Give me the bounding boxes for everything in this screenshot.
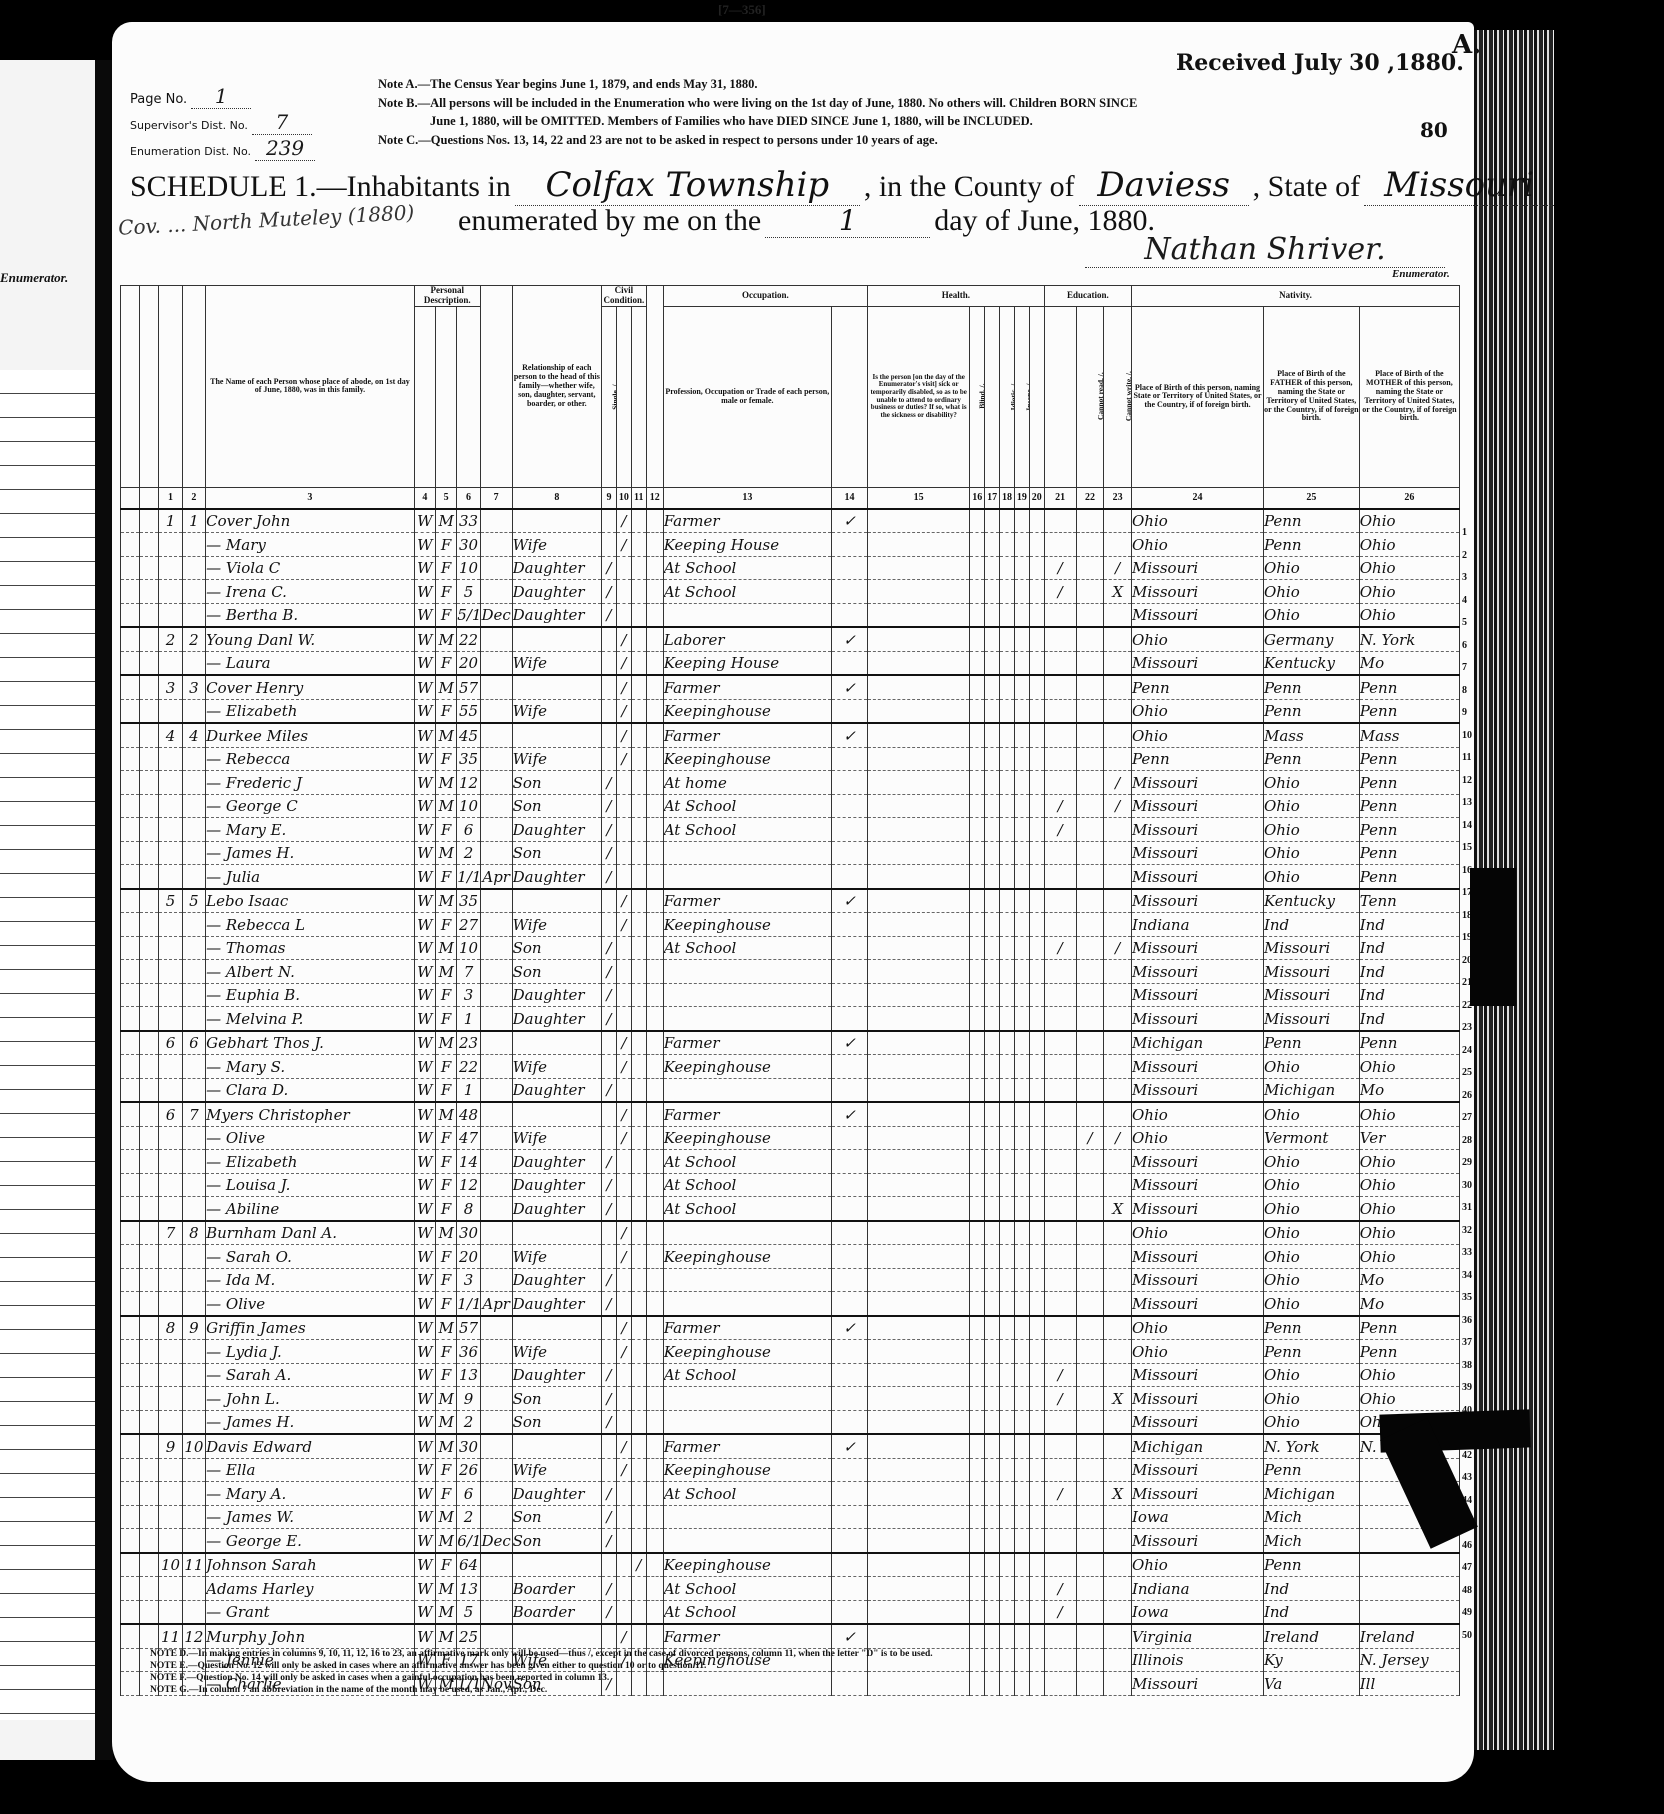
sex-code: M [436, 794, 457, 818]
header-deaf-dumb: Deaf and Dumb, /. [985, 306, 1000, 487]
dwelling-number [159, 1600, 182, 1624]
blind-mark [970, 1126, 985, 1150]
insane-mark [1014, 983, 1029, 1007]
header-birth-month: If born within the Census year, give the… [480, 286, 512, 488]
attended-school-mark: / [1044, 936, 1076, 960]
blind-mark [970, 889, 985, 913]
married-census-year-mark [646, 1529, 663, 1553]
dwelling-number [159, 1292, 182, 1316]
house-cell [140, 747, 159, 771]
deaf-dumb-mark [985, 1505, 1000, 1529]
single-mark [602, 509, 617, 533]
county-value: Daviess [1079, 165, 1249, 206]
relationship: Daughter [512, 1150, 601, 1174]
insane-mark [1014, 1173, 1029, 1197]
widowed-mark [631, 1126, 646, 1150]
deaf-dumb-mark [985, 1007, 1000, 1031]
married-census-year-mark [646, 651, 663, 675]
insane-mark [1014, 1410, 1029, 1434]
married-census-year-mark [646, 1268, 663, 1292]
age-value: 30 [457, 1434, 480, 1458]
family-number [182, 651, 205, 675]
deaf-dumb-mark [985, 1458, 1000, 1482]
age-value: 8 [457, 1197, 480, 1221]
maimed-mark [1029, 1031, 1044, 1055]
occupation: Keepinghouse [663, 1458, 831, 1482]
relationship [512, 1031, 601, 1055]
sex-code: M [436, 1624, 457, 1648]
family-number [182, 1197, 205, 1221]
idiotic-mark [1000, 865, 1015, 889]
attended-school-mark [1044, 1126, 1076, 1150]
person-name: — Clara D. [206, 1078, 415, 1102]
line-number: 12 [1462, 775, 1482, 798]
married-mark: / [616, 699, 631, 723]
cannot-write-mark: / [1104, 556, 1132, 580]
cannot-read-mark [1076, 1648, 1104, 1672]
dwelling-number [159, 983, 182, 1007]
sickness [868, 699, 970, 723]
cannot-read-mark [1076, 1553, 1104, 1577]
married-mark [616, 580, 631, 604]
family-number: 9 [182, 1316, 205, 1340]
house-cell [140, 603, 159, 627]
age-value: 6 [457, 818, 480, 842]
dwelling-number [159, 580, 182, 604]
single-mark [602, 675, 617, 699]
birthplace: Missouri [1132, 1078, 1264, 1102]
dwelling-number [159, 1055, 182, 1079]
insane-mark [1014, 1221, 1029, 1245]
family-number [182, 841, 205, 865]
sickness [868, 627, 970, 651]
line-number: 31 [1462, 1202, 1482, 1225]
married-census-year-mark [646, 723, 663, 747]
married-census-year-mark [646, 1150, 663, 1174]
deaf-dumb-mark [985, 699, 1000, 723]
family-number [182, 1340, 205, 1364]
maimed-mark [1029, 1126, 1044, 1150]
color-code: W [414, 533, 435, 557]
deaf-dumb-mark [985, 1031, 1000, 1055]
color-code: W [414, 1387, 435, 1411]
insane-mark [1014, 1363, 1029, 1387]
color-code: W [414, 1410, 435, 1434]
maimed-mark [1029, 1363, 1044, 1387]
sex-code: F [436, 1363, 457, 1387]
relationship: Wife [512, 1340, 601, 1364]
birth-month [480, 1150, 512, 1174]
months-unemployed [831, 1007, 867, 1031]
occupation [663, 983, 831, 1007]
relationship: Wife [512, 533, 601, 557]
married-census-year-mark [646, 1624, 663, 1648]
family-number [182, 1577, 205, 1601]
blind-mark [970, 1007, 985, 1031]
attended-school-mark [1044, 983, 1076, 1007]
occupation: At School [663, 794, 831, 818]
cannot-write-mark: / [1104, 1126, 1132, 1150]
header-months-unemployed: Number of months this person has been un… [831, 306, 867, 487]
birthplace: Missouri [1132, 556, 1264, 580]
house-cell [140, 1221, 159, 1245]
widowed-mark [631, 1197, 646, 1221]
widowed-mark [631, 865, 646, 889]
cannot-read-mark [1076, 1031, 1104, 1055]
dwelling-number: 6 [159, 1102, 182, 1126]
married-mark [616, 960, 631, 984]
occupation: Keepinghouse [663, 1055, 831, 1079]
person-name: Myers Christopher [206, 1102, 415, 1126]
dwelling-number [159, 1340, 182, 1364]
widowed-mark [631, 1150, 646, 1174]
street-cell [121, 1102, 140, 1126]
mother-birthplace: Ind [1359, 913, 1459, 937]
married-mark [616, 1410, 631, 1434]
cannot-read-mark [1076, 913, 1104, 937]
widowed-mark [631, 1482, 646, 1506]
sex-code: F [436, 865, 457, 889]
house-cell [140, 1600, 159, 1624]
house-cell [140, 1268, 159, 1292]
birthplace: Ohio [1132, 1553, 1264, 1577]
maimed-mark [1029, 771, 1044, 795]
table-row: — ElizabethWF14Daughter/At SchoolMissour… [121, 1150, 1460, 1174]
mother-birthplace: Tenn [1359, 889, 1459, 913]
idiotic-mark [1000, 1221, 1015, 1245]
sickness [868, 1482, 970, 1506]
line-number: 34 [1462, 1270, 1482, 1293]
father-birthplace: Ohio [1263, 1410, 1359, 1434]
person-name: Durkee Miles [206, 723, 415, 747]
table-row: — Sarah O.WF20Wife/KeepinghouseMissouriO… [121, 1245, 1460, 1269]
married-census-year-mark [646, 1055, 663, 1079]
deaf-dumb-mark [985, 794, 1000, 818]
header-birthplace: Place of Birth of this person, naming St… [1132, 306, 1264, 487]
maimed-mark [1029, 1245, 1044, 1269]
insane-mark [1014, 627, 1029, 651]
sex-code: F [436, 983, 457, 1007]
insane-mark [1014, 1245, 1029, 1269]
occupation: At home [663, 771, 831, 795]
cannot-write-mark [1104, 1624, 1132, 1648]
birth-month [480, 533, 512, 557]
sex-code: M [436, 1387, 457, 1411]
sickness [868, 1505, 970, 1529]
single-mark: / [602, 1505, 617, 1529]
father-birthplace: Missouri [1263, 936, 1359, 960]
idiotic-mark [1000, 651, 1015, 675]
birthplace: Missouri [1132, 1529, 1264, 1553]
married-mark: / [616, 889, 631, 913]
line-number: 35 [1462, 1292, 1482, 1315]
street-cell [121, 1197, 140, 1221]
house-cell [140, 936, 159, 960]
table-row: — James H.WM2Son/MissouriOhioOhio [121, 1410, 1460, 1434]
sickness [868, 1363, 970, 1387]
married-census-year-mark [646, 865, 663, 889]
dwelling-number [159, 1007, 182, 1031]
age-value: 6 [457, 1482, 480, 1506]
header-insane: Insane, /. [1014, 306, 1029, 487]
header-health: Health. [868, 286, 1045, 307]
cannot-write-mark [1104, 1150, 1132, 1174]
sickness [868, 1529, 970, 1553]
occupation [663, 865, 831, 889]
idiotic-mark [1000, 603, 1015, 627]
sickness [868, 533, 970, 557]
occupation: Keeping House [663, 651, 831, 675]
widowed-mark [631, 913, 646, 937]
idiotic-mark [1000, 1102, 1015, 1126]
age-value: 13 [457, 1577, 480, 1601]
mother-birthplace: Ohio [1359, 580, 1459, 604]
dwelling-number [159, 1126, 182, 1150]
birthplace: Missouri [1132, 1410, 1264, 1434]
person-name: — Abiline [206, 1197, 415, 1221]
married-mark [616, 1292, 631, 1316]
blind-mark [970, 1340, 985, 1364]
cannot-write-mark: X [1104, 1387, 1132, 1411]
table-row: — EllaWF26Wife/KeepinghouseMissouriPenn [121, 1458, 1460, 1482]
maimed-mark [1029, 794, 1044, 818]
married-census-year-mark [646, 1245, 663, 1269]
deaf-dumb-mark [985, 1529, 1000, 1553]
table-row: 66Gebhart Thos J.WM23/Farmer✓MichiganPen… [121, 1031, 1460, 1055]
months-unemployed [831, 1387, 867, 1411]
birth-month: Dec [480, 603, 512, 627]
table-row: — Clara D.WF1Daughter/MissouriMichiganMo [121, 1078, 1460, 1102]
header-nativity: Nativity. [1132, 286, 1460, 307]
dwelling-number [159, 1529, 182, 1553]
birth-month [480, 1577, 512, 1601]
deaf-dumb-mark [985, 983, 1000, 1007]
occupation [663, 1529, 831, 1553]
street-cell [121, 1292, 140, 1316]
birth-month [480, 1410, 512, 1434]
months-unemployed: ✓ [831, 627, 867, 651]
attended-school-mark [1044, 913, 1076, 937]
deaf-dumb-mark [985, 1055, 1000, 1079]
widowed-mark [631, 603, 646, 627]
blind-mark [970, 818, 985, 842]
sickness [868, 960, 970, 984]
cannot-read-mark [1076, 1268, 1104, 1292]
color-code: W [414, 1624, 435, 1648]
person-name: — Laura [206, 651, 415, 675]
table-row: — George CWM10Son/At School//MissouriOhi… [121, 794, 1460, 818]
birth-month [480, 1007, 512, 1031]
blind-mark [970, 1482, 985, 1506]
cannot-read-mark [1076, 747, 1104, 771]
cannot-read-mark [1076, 1577, 1104, 1601]
maimed-mark [1029, 913, 1044, 937]
note-a: Note A.—The Census Year begins June 1, 1… [378, 77, 758, 92]
color-code: W [414, 603, 435, 627]
attended-school-mark: / [1044, 1387, 1076, 1411]
idiotic-mark [1000, 1529, 1015, 1553]
relationship: Son [512, 1529, 601, 1553]
dwelling-number [159, 865, 182, 889]
married-mark: / [616, 1624, 631, 1648]
attended-school-mark [1044, 509, 1076, 533]
deaf-dumb-mark [985, 533, 1000, 557]
table-row: — Mary S.WF22Wife/KeepinghouseMissouriOh… [121, 1055, 1460, 1079]
person-name: Johnson Sarah [206, 1553, 415, 1577]
family-number: 6 [182, 1031, 205, 1055]
cannot-write-mark [1104, 723, 1132, 747]
state-value: Missouri [1364, 165, 1554, 206]
married-census-year-mark [646, 1363, 663, 1387]
house-cell [140, 841, 159, 865]
sickness [868, 865, 970, 889]
birthplace: Indiana [1132, 1577, 1264, 1601]
insane-mark [1014, 580, 1029, 604]
cannot-read-mark [1076, 1007, 1104, 1031]
birth-month: Dec [480, 1529, 512, 1553]
relationship: Daughter [512, 818, 601, 842]
married-census-year-mark [646, 747, 663, 771]
table-row: — James H.WM2Son/MissouriOhioPenn [121, 841, 1460, 865]
house-cell [140, 1007, 159, 1031]
person-name: — Frederic J [206, 771, 415, 795]
deaf-dumb-mark [985, 723, 1000, 747]
married-mark: / [616, 651, 631, 675]
color-code: W [414, 983, 435, 1007]
months-unemployed: ✓ [831, 509, 867, 533]
mother-birthplace: Mo [1359, 1268, 1459, 1292]
mother-birthplace: Ohio [1359, 509, 1459, 533]
enumerator-signature: Nathan Shriver. [1085, 232, 1445, 268]
sickness [868, 1410, 970, 1434]
color-code: W [414, 1197, 435, 1221]
mother-birthplace: Ohio [1359, 1102, 1459, 1126]
widowed-mark [631, 580, 646, 604]
cannot-read-mark [1076, 603, 1104, 627]
father-birthplace: Ohio [1263, 865, 1359, 889]
table-row: — Bertha B.WF5/12DecDaughter/MissouriOhi… [121, 603, 1460, 627]
relationship [512, 675, 601, 699]
color-code: W [414, 1126, 435, 1150]
widowed-mark [631, 1245, 646, 1269]
blind-mark [970, 651, 985, 675]
person-name: — Lydia J. [206, 1340, 415, 1364]
cannot-write-mark [1104, 1055, 1132, 1079]
table-row: — George E.WM6/12DecSon/MissouriMich [121, 1529, 1460, 1553]
occupation [663, 960, 831, 984]
deaf-dumb-mark [985, 1624, 1000, 1648]
idiotic-mark [1000, 1624, 1015, 1648]
months-unemployed [831, 1221, 867, 1245]
cannot-read-mark [1076, 1363, 1104, 1387]
relationship: Daughter [512, 1268, 601, 1292]
street-cell [121, 865, 140, 889]
deaf-dumb-mark [985, 556, 1000, 580]
person-name: — Mary A. [206, 1482, 415, 1506]
street-cell [121, 960, 140, 984]
house-cell [140, 580, 159, 604]
sickness [868, 509, 970, 533]
sickness [868, 1173, 970, 1197]
house-cell [140, 771, 159, 795]
person-name: Cover John [206, 509, 415, 533]
house-cell [140, 889, 159, 913]
street-cell [121, 1505, 140, 1529]
months-unemployed: ✓ [831, 1031, 867, 1055]
house-cell [140, 556, 159, 580]
months-unemployed [831, 580, 867, 604]
idiotic-mark [1000, 723, 1015, 747]
months-unemployed [831, 771, 867, 795]
dwelling-number [159, 841, 182, 865]
blind-mark [970, 1031, 985, 1055]
color-code: W [414, 1150, 435, 1174]
attended-school-mark [1044, 1150, 1076, 1174]
father-birthplace: Ohio [1263, 1102, 1359, 1126]
married-mark [616, 1505, 631, 1529]
house-cell [140, 1624, 159, 1648]
months-unemployed [831, 651, 867, 675]
widowed-mark [631, 1102, 646, 1126]
occupation: At School [663, 580, 831, 604]
maimed-mark [1029, 1577, 1044, 1601]
deaf-dumb-mark [985, 936, 1000, 960]
relationship: Son [512, 794, 601, 818]
blind-mark [970, 771, 985, 795]
family-number [182, 1505, 205, 1529]
house-cell [140, 960, 159, 984]
attended-school-mark: / [1044, 1482, 1076, 1506]
single-mark [602, 1126, 617, 1150]
cannot-write-mark [1104, 1245, 1132, 1269]
family-number [182, 747, 205, 771]
sickness [868, 723, 970, 747]
father-birthplace: Ireland [1263, 1624, 1359, 1648]
table-row: — OliveWF47Wife/Keepinghouse//OhioVermon… [121, 1126, 1460, 1150]
color-code: W [414, 771, 435, 795]
header-idiotic: Idiotic, /. [1000, 306, 1015, 487]
relationship [512, 1102, 601, 1126]
idiotic-mark [1000, 1078, 1015, 1102]
dwelling-number [159, 1150, 182, 1174]
months-unemployed [831, 1340, 867, 1364]
father-birthplace: Ind [1263, 913, 1359, 937]
age-value: 2 [457, 1410, 480, 1434]
occupation [663, 1292, 831, 1316]
married-census-year-mark [646, 841, 663, 865]
idiotic-mark [1000, 1505, 1015, 1529]
house-cell [140, 1577, 159, 1601]
table-row: — James W.WM2Son/IowaMich [121, 1505, 1460, 1529]
header-cannot-read: Cannot read, /. [1076, 306, 1104, 487]
married-census-year-mark [646, 533, 663, 557]
birthplace: Missouri [1132, 1387, 1264, 1411]
months-unemployed [831, 1126, 867, 1150]
house-cell [140, 1078, 159, 1102]
birthplace: Ohio [1132, 1102, 1264, 1126]
father-birthplace: Ohio [1263, 771, 1359, 795]
attended-school-mark [1044, 627, 1076, 651]
birthplace: Missouri [1132, 818, 1264, 842]
attended-school-mark: / [1044, 794, 1076, 818]
table-row: — Viola CWF10Daughter/At School//Missour… [121, 556, 1460, 580]
color-code: W [414, 675, 435, 699]
cannot-write-mark [1104, 1553, 1132, 1577]
birth-month [480, 1055, 512, 1079]
cannot-read-mark [1076, 841, 1104, 865]
blind-mark [970, 699, 985, 723]
dwelling-number [159, 699, 182, 723]
